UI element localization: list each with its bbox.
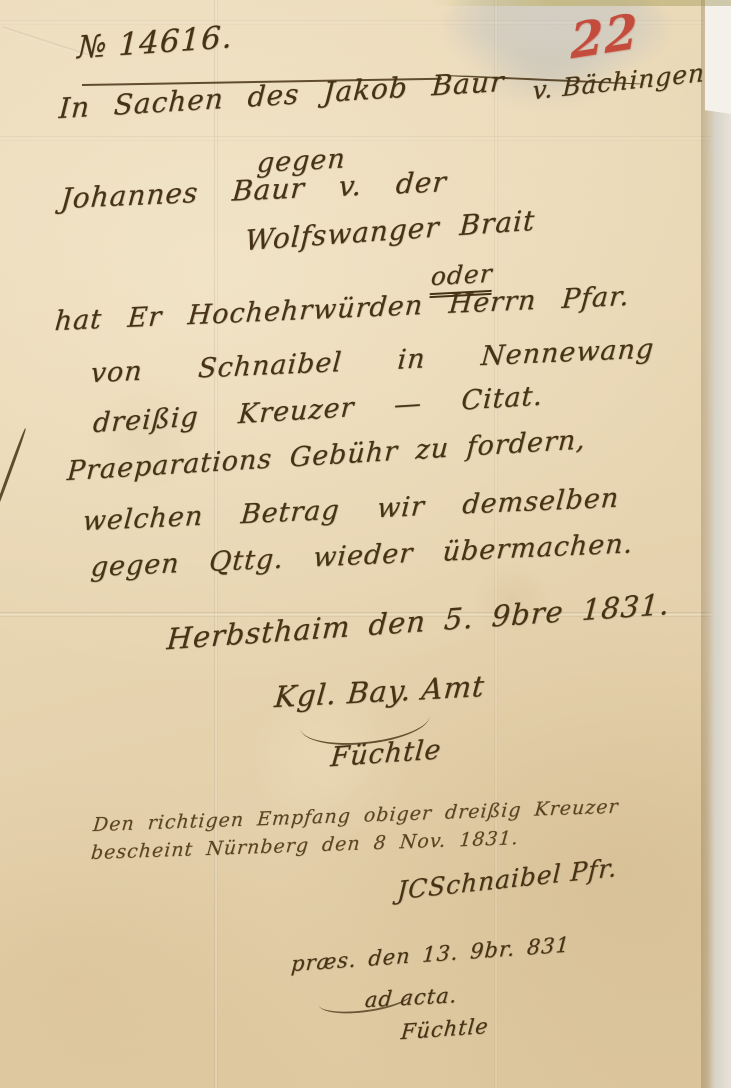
dateline: Herbsthaim den 5. 9bre 1831. [166, 587, 671, 656]
receipt-line: Den richtigen Empfang obiger dreißig Kre… [92, 796, 619, 836]
margin-ink-flourish [0, 428, 27, 518]
clerk-signature: Füchtle [329, 734, 443, 773]
case-caption-line: In Sachen des Jakob Baur [58, 65, 505, 125]
page-corner-curl [705, 0, 731, 114]
horizontal-fold-crease [0, 136, 731, 141]
scanned-letter-page: № 14616. 22 In Sachen des Jakob Baur v. … [0, 0, 731, 1088]
case-caption-line: Wolfswanger Brait [244, 204, 536, 257]
body-line: von Schnaibel in Nennewang [90, 333, 656, 389]
scan-edge-tint [430, 0, 731, 6]
red-folio-number: 22 [570, 3, 639, 70]
vertical-fold-crease [214, 0, 218, 1088]
body-line: hat Er Hochehrwürden Herrn Pfar. [54, 281, 631, 337]
filing-signature: Füchtle [400, 1014, 490, 1044]
body-line: gegen Qttg. wieder übermachen. [90, 528, 635, 583]
scan-edge-band [701, 0, 731, 1088]
corner-crease [2, 26, 89, 57]
file-reference-number: № 14616. [77, 19, 234, 66]
filing-note-line: præs. den 13. 9br. 831 [290, 933, 570, 977]
filing-flourish [317, 977, 416, 1018]
case-caption-line: Johannes Baur v. der [59, 165, 448, 215]
body-line: welchen Betrag wir demselben [82, 483, 621, 538]
recipient-signature: JCSchnaibel Pfr. [396, 853, 618, 905]
